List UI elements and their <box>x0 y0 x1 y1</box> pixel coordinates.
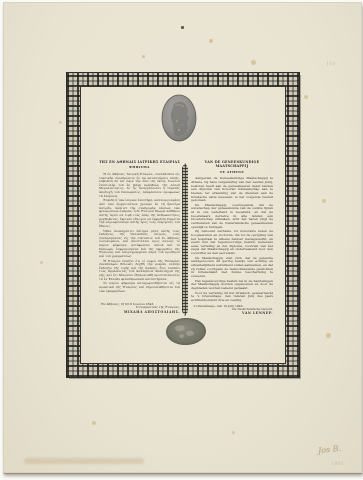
pencil-note-bottom-right: Jos B. <box>318 444 342 455</box>
right-paragraph: Aangezien de Geneeskundige Maatschappij … <box>191 177 273 202</box>
foxing-spot <box>24 458 144 464</box>
foxing-spot <box>232 431 235 434</box>
foxing-spot <box>40 261 43 264</box>
foxing-spot <box>326 333 331 338</box>
foxing-spot <box>59 121 62 124</box>
right-paragraph: Het tegenwoordige besluit zal in de hand… <box>191 280 273 291</box>
right-signature: De Nederlandsche Gezant, VAN LENNEP. <box>191 308 273 314</box>
right-column-dutch: VAN DE GENEESKUNDIGE MAATSCHAPPIJ TE ATH… <box>191 160 273 314</box>
right-paragraph: Voor de vertaling uit het Grieksch, gewa… <box>191 292 273 303</box>
right-title-line1: VAN DE GENEESKUNDIGE MAATSCHAPPIJ <box>191 160 273 169</box>
pencil-note-bottom-right-2: 1901 <box>331 461 344 467</box>
right-paragraph: Zij benoemt derhalve tot honoraire leden… <box>191 230 273 255</box>
ink-dot <box>181 26 184 29</box>
left-title-line1: ΤΗΣ ΕΝ ΑΘΗΝΑΙΣ ΙΑΤΡΙΚΗΣ ΕΤΑΙΡΙΑΣ <box>99 160 180 164</box>
left-signature-name: ΜΙΧΑΗΛ ΑΠΟΣΤΟΛΙΔΗΣ. <box>99 310 180 314</box>
right-title-line2: TE ATHENE <box>191 170 273 174</box>
right-signature-name: VAN LENNEP. <box>191 311 273 314</box>
medallion-graphic <box>161 94 197 142</box>
right-paragraph: De Maatschappij, overwegende dat de wete… <box>191 204 273 229</box>
paper-sheet: ΤΗΣ ΕΝ ΑΘΗΝΑΙΣ ΙΑΤΡΙΚΗΣ ΕΤΑΙΡΙΑΣ ΨΗΦΙΣΜΑ… <box>3 2 362 473</box>
foxing-spot <box>322 199 326 203</box>
left-paragraph: Ἐπειδὴ ἡ τῶν ἰατρῶν ἐπιστήμη, καλλιεργου… <box>99 199 180 228</box>
left-paragraph: Ὅθεν ἀνακηρύττει ἐπίτιμα μέλη αὐτῆς τοὺς… <box>99 230 180 259</box>
left-paragraph: Ἡ Ἑταιρία ἐλπίζει ὅτι οἱ σοφοὶ τῆς Ἑσπερ… <box>99 260 180 282</box>
foxing-spot <box>142 55 145 58</box>
column-divider-ornament <box>182 163 188 316</box>
pencil-note-top-right: 11a <box>326 61 336 68</box>
left-column-greek: ΤΗΣ ΕΝ ΑΘΗΝΑΙΣ ΙΑΤΡΙΚΗΣ ΕΤΑΙΡΙΑΣ ΨΗΦΙΣΜΑ… <box>99 160 180 314</box>
foxing-spot <box>92 421 96 425</box>
left-title-line2: ΨΗΦΙΣΜΑ <box>99 165 180 169</box>
left-signature: Ὁ Γραμματεὺς τῆς Ἑταιρίας, ΜΙΧΑΗΛ ΑΠΟΣΤΟ… <box>99 306 180 314</box>
foxing-spot <box>251 60 256 65</box>
left-paragraph: Ἡ ἐν Ἀθήναις Ἰατρικὴ Ἑταιρία, συνελθοῦσα… <box>99 173 180 198</box>
right-paragraph: De Maatschappij vleit zich, dat de gelee… <box>191 257 273 279</box>
foxing-spot <box>304 95 308 99</box>
left-paragraph: Τὸ παρὸν ψήφισμα καταχωρισθήσεται εἰς τὰ… <box>99 282 180 293</box>
foxing-spot <box>209 39 213 43</box>
portrait-medallion <box>161 94 197 142</box>
